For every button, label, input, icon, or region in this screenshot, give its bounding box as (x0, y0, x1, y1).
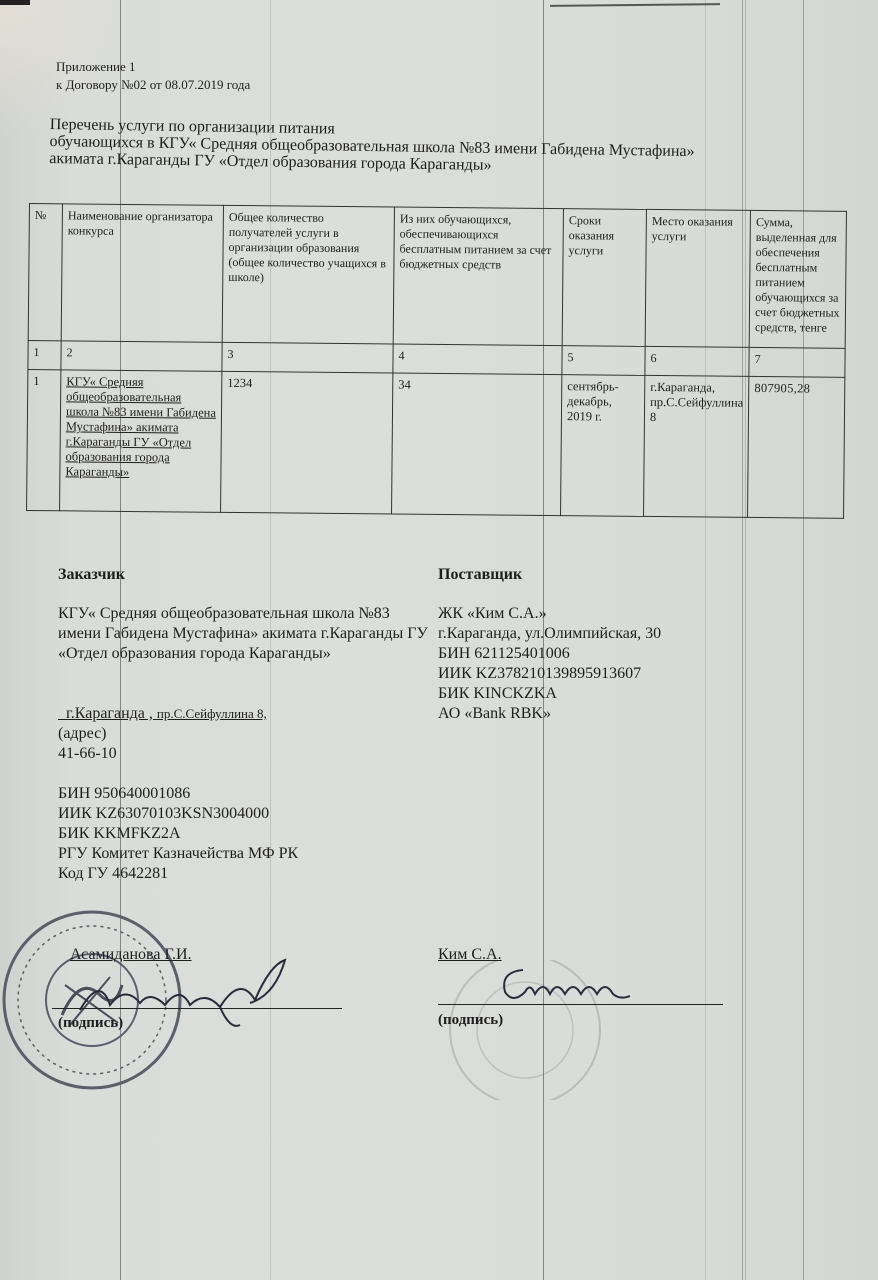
scanned-page: Приложение 1 к Договору №02 от 08.07.201… (0, 0, 878, 1280)
header-cell-no: № (28, 204, 62, 341)
row-place: г.Караганда, пр.С.Сейфуллина 8 (644, 375, 749, 517)
appendix-label: Приложение 1 (56, 58, 250, 76)
customer-signature-label: (подпись) (58, 1015, 123, 1032)
column-number: 2 (61, 341, 222, 372)
header-cell-period: Сроки оказания услуги (562, 209, 646, 347)
supplier-bank: АО «Bank RBK» (438, 704, 768, 724)
customer-city: г.Караганда , (66, 705, 153, 722)
column-number: 5 (562, 346, 645, 376)
customer-name: КГУ« Средняя общеобразовательная школа №… (58, 604, 428, 664)
supplier-bin: БИН 621125401006 (438, 644, 768, 664)
column-number: 4 (393, 344, 562, 375)
scan-artifact-line (550, 3, 720, 7)
column-number: 3 (222, 342, 393, 373)
scan-streak (803, 0, 804, 1280)
customer-address-line: г.Караганда , пр.С.Сейфуллина 8, (58, 704, 428, 724)
customer-bank-details: БИН 950640001086 ИИК KZ63070103KSN300400… (58, 784, 428, 884)
supplier-bik: БИК KINCKZKA (438, 684, 768, 704)
customer-bank: РГУ Комитет Казначейства МФ РК (58, 844, 428, 864)
customer-role: Заказчик (58, 565, 428, 585)
row-period: сентябрь-декабрь, 2019 г. (561, 375, 645, 517)
supplier-signatory: Ким С.А. (438, 946, 502, 964)
row-free-meal-students: 34 (392, 373, 562, 516)
supplier-block: Поставщик ЖК «Ким С.А.» г.Караганда, ул.… (438, 565, 768, 724)
row-no: 1 (27, 369, 61, 510)
supplier-name: ЖК «Ким С.А.» (438, 604, 768, 624)
customer-bin: БИН 950640001086 (58, 784, 428, 804)
table-header-row: № Наименование организатора конкурса Общ… (28, 204, 846, 349)
customer-signature-line (52, 1008, 342, 1009)
customer-code: Код ГУ 4642281 (58, 864, 428, 884)
customer-block: Заказчик КГУ« Средняя общеобразовательна… (58, 565, 428, 884)
customer-phone: 41-66-10 (58, 744, 428, 764)
supplier-iik: ИИК KZ378210139895913607 (438, 664, 768, 684)
supplier-role: Поставщик (438, 565, 768, 585)
supplier-address: г.Караганда, ул.Олимпийская, 30 (438, 624, 768, 644)
column-number: 6 (645, 346, 749, 376)
header-cell-total-students: Общее количество получателей услуги в ор… (222, 205, 394, 344)
customer-street: пр.С.Сейфуллина 8, (157, 706, 267, 721)
supplier-signature-label: (подпись) (438, 1012, 503, 1029)
customer-iik: ИИК KZ63070103KSN3004000 (58, 804, 428, 824)
row-organizer: КГУ« Средняя общеобразовательная школа №… (60, 370, 222, 513)
header-cell-organizer: Наименование организатора конкурса (61, 204, 223, 343)
supplier-signatory-name: Ким С.А. (438, 946, 502, 963)
supplier-signature-icon (495, 962, 635, 1007)
column-number: 7 (749, 347, 845, 377)
customer-address-label: (адрес) (58, 724, 428, 744)
scan-artifact (0, 0, 30, 5)
contract-reference: к Договору №02 от 08.07.2019 года (56, 76, 250, 94)
header-cell-free-meal-students: Из них обучающихся, обеспечивающихся бес… (393, 207, 563, 346)
supplier-signature-line (438, 1004, 723, 1005)
appendix-header: Приложение 1 к Договору №02 от 08.07.201… (56, 58, 250, 94)
customer-bik: БИК KKMFKZ2A (58, 824, 428, 844)
column-number: 1 (28, 340, 61, 369)
header-cell-place: Место оказания услуги (645, 209, 750, 347)
row-amount: 807905,28 (748, 376, 845, 518)
table-row: 1 КГУ« Средняя общеобразовательная школа… (27, 369, 845, 518)
header-cell-amount: Сумма, выделенная для обеспечения беспла… (749, 210, 846, 348)
document-title: Перечень услуги по организации питания о… (49, 116, 695, 177)
row-total-students: 1234 (221, 371, 393, 514)
customer-address: г.Караганда , пр.С.Сейфуллина 8, (адрес)… (58, 704, 428, 764)
services-table: № Наименование организатора конкурса Общ… (26, 203, 847, 519)
